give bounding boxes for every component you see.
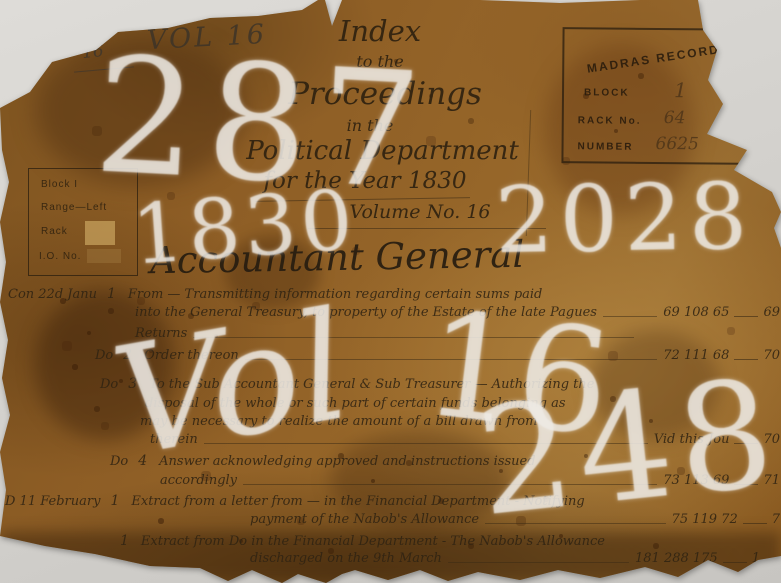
entry-text: discharged on the 9th March bbox=[250, 551, 442, 566]
entry-margin-date: D 11 February bbox=[5, 494, 100, 509]
stamp-block-value: 1 bbox=[674, 78, 687, 102]
chalk-mark-248: 248 bbox=[472, 367, 781, 531]
stamp-number-value: 6625 bbox=[655, 134, 698, 154]
stamp-rack-value: 64 bbox=[664, 108, 686, 128]
stamp-rack-label: RACK No. bbox=[578, 115, 642, 127]
entry-margin-date: Con 22d Janu bbox=[8, 287, 97, 302]
entry-refs: 69 108 65 bbox=[663, 305, 729, 320]
chalk-mark-vol: Vol bbox=[105, 299, 358, 472]
scanned-document: 16 VOL 16 Index to the Proceedings in th… bbox=[0, 0, 781, 583]
speckle-layer-1 bbox=[0, 0, 2, 2]
stamp-block-label: BLOCK bbox=[584, 87, 630, 98]
shelf-io-patch bbox=[87, 249, 121, 263]
entry-refs: 181 288 175 bbox=[635, 551, 718, 566]
leader-line bbox=[448, 562, 629, 563]
stamp-title: MADRAS RECORD bbox=[586, 42, 721, 76]
chalk-mark-1830: 1830 bbox=[130, 184, 359, 273]
shelf-rack-line: Rack bbox=[41, 226, 68, 237]
leader-dash bbox=[734, 316, 758, 317]
entry-number: 1 bbox=[107, 286, 116, 302]
entry-page: 1 bbox=[752, 551, 760, 566]
shelf-block-line: Block I bbox=[41, 179, 78, 190]
chalk-mark-2028: 2028 bbox=[494, 176, 754, 263]
entry-text: payment of the Nabob's Allowance bbox=[250, 512, 479, 527]
shelf-rack-patch bbox=[85, 221, 115, 245]
leader-dash bbox=[743, 523, 767, 524]
shelf-io-line: I.O. No. bbox=[39, 251, 81, 262]
madras-record-stamp: MADRAS RECORD BLOCK 1 RACK No. 64 NUMBER… bbox=[561, 27, 758, 165]
entry-page: 69 bbox=[763, 305, 780, 320]
entry-number: 1 bbox=[110, 493, 119, 509]
leader-dash bbox=[723, 562, 747, 563]
entry-row: discharged on the 9th March 181 288 175 … bbox=[250, 551, 760, 566]
speckle-layer-2 bbox=[0, 0, 2, 2]
entry-number: 1 bbox=[120, 533, 129, 549]
paper-shadow: 16 VOL 16 Index to the Proceedings in th… bbox=[0, 0, 781, 583]
stamp-number-label: NUMBER bbox=[578, 141, 634, 152]
torn-paper-sheet: 16 VOL 16 Index to the Proceedings in th… bbox=[0, 0, 781, 583]
